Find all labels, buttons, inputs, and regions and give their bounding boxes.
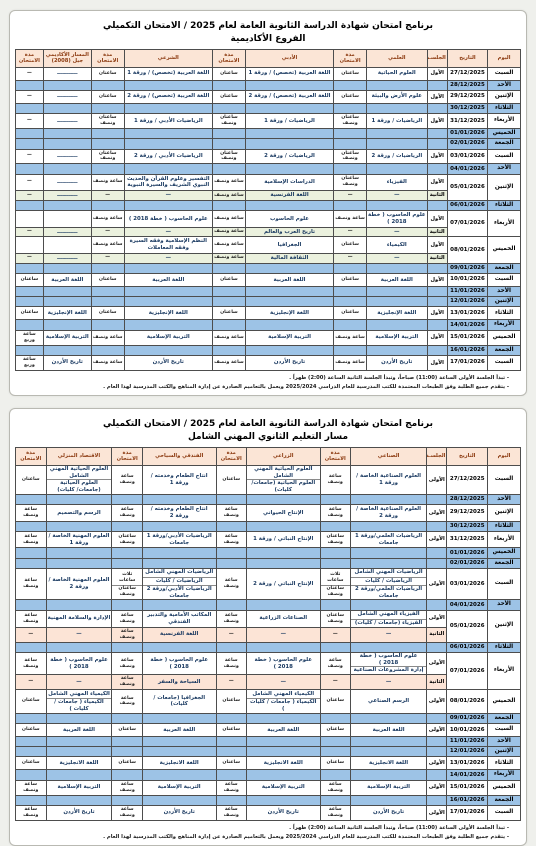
cell-subject: اللغة الإنجليزية <box>43 307 91 320</box>
column-header: اليوم <box>488 49 521 67</box>
page-title: برنامج امتحان شهادة الدراسة الثانوية الع… <box>15 418 521 431</box>
cell-duration: ساعة ونصف <box>16 652 47 675</box>
cell-empty <box>245 103 333 113</box>
column-header: مدة الامتحان <box>334 49 367 67</box>
cell-duration: ساعة ونصف <box>16 505 47 522</box>
cell-session: الثانية <box>427 253 447 263</box>
cell-empty <box>245 200 333 210</box>
cell-empty <box>16 600 47 610</box>
cell-empty <box>16 548 47 558</box>
cell-session: الأولى <box>427 465 447 494</box>
cell-duration: — <box>320 627 350 642</box>
second-session-row: الثانية——الثقافة الماليةساعة ونصف——ـــــ… <box>16 253 521 263</box>
cell-duration: ثلاث ساعاتساعتان ونصف <box>320 568 350 600</box>
cell-empty <box>91 263 124 273</box>
cell-subject: الرياضيات / ورقة 1 <box>245 114 333 129</box>
cell-empty <box>334 80 367 90</box>
cell-empty <box>16 558 47 568</box>
cell-empty <box>124 320 212 330</box>
cell-subject <box>43 237 91 254</box>
cell-empty <box>43 345 91 355</box>
cell-empty <box>216 558 246 568</box>
cell-session: الأول <box>427 174 447 191</box>
cell-date: 15/01/2026 <box>447 780 488 795</box>
cell-duration: — <box>16 90 44 103</box>
cell-empty <box>245 129 333 139</box>
cell-empty <box>46 642 112 652</box>
cell-empty <box>112 747 142 757</box>
column-header: مدة الامتحان <box>112 447 142 465</box>
cell-duration: ساعة ونصف <box>216 531 246 548</box>
cell-empty <box>213 129 246 139</box>
cell-empty <box>320 713 350 723</box>
cell-date: 12/01/2026 <box>447 297 487 307</box>
cell-session <box>427 129 447 139</box>
column-header: التاريخ <box>447 447 488 465</box>
cell-session: الأولى <box>427 757 447 770</box>
cell-subject: العلوم المهنية الخاصة / ورقة 1 <box>46 531 112 548</box>
cell-session: الأول <box>427 330 447 345</box>
exam-row: الأربعاء07/01/2026الأولىعلوم الحاسوب ( خ… <box>16 652 521 675</box>
cell-subject: العلوم الحياتية المهني الشاملالعلوم الحي… <box>246 465 320 494</box>
cell-session: الثانية <box>427 675 447 690</box>
cell-empty <box>142 521 216 531</box>
cell-duration: ساعتان <box>334 90 367 103</box>
cell-duration: — <box>334 191 367 201</box>
cell-empty <box>213 320 246 330</box>
cell-duration: ساعة ونصف <box>213 227 246 237</box>
cell-duration: — <box>16 227 44 237</box>
cell-empty <box>16 713 47 723</box>
column-header: مدة الامتحان <box>213 49 246 67</box>
cell-duration: ساعتان <box>320 690 350 714</box>
cell-subject: ـــــــــــ <box>43 114 91 129</box>
cell-day: الجمعة <box>488 345 521 355</box>
cell-duration: ساعتان ونصف <box>213 114 246 129</box>
section-subtitle: الفروع الأكاديمية <box>15 34 521 44</box>
cell-subject: ـــــــــــ <box>43 253 91 263</box>
cell-subject: التفسير وعلوم القرآن والحديث النبوي الشر… <box>124 174 212 191</box>
cell-day: الثلاثاء <box>488 200 521 210</box>
cell-empty <box>43 103 91 113</box>
cell-empty <box>320 736 350 746</box>
cell-day: الإثنين <box>488 747 521 757</box>
cell-subject: — <box>124 253 212 263</box>
cell-subject: التربية الإسلامية <box>124 330 212 345</box>
cell-duration: ساعة ونصف <box>320 780 350 795</box>
cell-empty <box>43 297 91 307</box>
cell-subject: المكاتب الأمامية والتدبير الفندقي <box>142 610 216 627</box>
cell-empty <box>142 736 216 746</box>
cell-empty <box>46 713 112 723</box>
cell-date: 04/01/2026 <box>447 600 488 610</box>
cell-duration: ساعة ونصف <box>91 330 124 345</box>
cell-subject: علوم الأرض والبيئة <box>367 90 428 103</box>
cell-date: 17/01/2026 <box>447 805 488 820</box>
cell-duration: ساعة ونصف <box>213 355 246 370</box>
cell-date: 07/01/2026 <box>447 652 488 689</box>
cell-empty <box>43 129 91 139</box>
cell-duration: — <box>16 149 44 164</box>
cell-empty <box>91 103 124 113</box>
cell-duration: ساعة ونصف <box>320 465 350 494</box>
page-title: برنامج امتحان شهادة الدراسة الثانوية الع… <box>15 20 521 33</box>
exam-row: السبت10/01/2026الأولاللغة العربيةساعتانا… <box>16 273 521 286</box>
cell-date: 27/12/2025 <box>447 67 487 80</box>
cell-empty <box>351 747 427 757</box>
cell-empty <box>124 164 212 174</box>
weekend-row: الأحد04/01/2026 <box>16 600 521 610</box>
cell-duration: — <box>320 675 350 690</box>
cell-empty <box>320 521 350 531</box>
cell-empty <box>91 80 124 90</box>
cell-empty <box>216 747 246 757</box>
cell-subject: الرياضيات / ورقة 2 <box>367 149 428 164</box>
cell-session <box>427 200 447 210</box>
cell-empty <box>16 736 47 746</box>
cell-date: 05/01/2026 <box>447 610 488 642</box>
cell-date: 29/12/2025 <box>447 505 488 522</box>
cell-empty <box>245 263 333 273</box>
cell-empty <box>367 129 428 139</box>
cell-empty <box>142 747 216 757</box>
cell-day: الجمعة <box>488 558 521 568</box>
cell-empty <box>43 320 91 330</box>
cell-subject: الرسم الصناعي <box>351 690 427 714</box>
cell-subject: اللغة الانجليزية <box>351 757 427 770</box>
cell-empty <box>213 200 246 210</box>
weekend-row: الخميس01/01/2026 <box>16 129 521 139</box>
cell-duration: ساعة ونصف <box>16 531 47 548</box>
cell-empty <box>320 494 350 504</box>
exam-row: الأربعاء07/01/2026الأولعلوم الحاسوب ( خط… <box>16 211 521 228</box>
cell-duration: ساعتان ونصف <box>334 149 367 164</box>
exam-row: السبت03/01/2026الأولالرياضيات / ورقة 2سا… <box>16 149 521 164</box>
cell-duration: ساعتان ونصف <box>320 610 350 627</box>
cell-duration: ساعتان ونصف <box>91 114 124 129</box>
cell-date: 06/01/2026 <box>447 642 488 652</box>
cell-empty <box>213 139 246 149</box>
cell-duration: ساعة ونصف <box>112 627 142 642</box>
exam-row: الأربعاء31/12/2025الأولالرياضيات / ورقة … <box>16 114 521 129</box>
cell-empty <box>351 713 427 723</box>
cell-session: الأولى <box>427 805 447 820</box>
vocational-exam-table-holder: اليومالتاريخالجلسـةالصناعيمدة الامتحانال… <box>15 447 521 821</box>
cell-subject: انتاج الطعام وخدمته / ورقة 1 <box>142 465 216 494</box>
cell-empty <box>16 263 44 273</box>
cell-date: 17/01/2026 <box>447 355 487 370</box>
cell-empty <box>46 494 112 504</box>
cell-day: الأربعاء <box>488 211 521 237</box>
cell-date: 16/01/2026 <box>447 345 487 355</box>
cell-empty <box>142 713 216 723</box>
cell-subject: — <box>46 675 112 690</box>
cell-duration: ساعة ونصف <box>16 568 47 600</box>
cell-duration: ساعة ونصف <box>216 568 246 600</box>
column-header: الفندقي والسياحي <box>142 447 216 465</box>
cell-subject: الفيزياء <box>367 174 428 191</box>
exam-row: الخميس08/01/2026الأولالكيمياءساعتانالجغر… <box>16 237 521 254</box>
cell-empty <box>16 770 47 780</box>
exam-row: الثلاثاء13/01/2026الأولىاللغة الانجليزية… <box>16 757 521 770</box>
cell-duration: — <box>91 253 124 263</box>
cell-duration: ساعة ونصف <box>334 330 367 345</box>
cell-line: العلوم الحياتية (جامعات/ كليات) <box>47 479 112 494</box>
cell-duration: ساعتان ونصف <box>320 531 350 548</box>
cell-duration: ساعة ونصف <box>16 610 47 627</box>
cell-empty <box>367 286 428 296</box>
cell-empty <box>245 297 333 307</box>
cell-day: الخميس <box>488 237 521 263</box>
weekend-row: الجمعة16/01/2026 <box>16 795 521 805</box>
cell-subject: اللغة الإنجليزية <box>367 307 428 320</box>
cell-empty <box>91 297 124 307</box>
cell-duration: ساعتان <box>16 273 44 286</box>
cell-session <box>427 795 447 805</box>
cell-date: 03/01/2026 <box>447 149 487 164</box>
cell-empty <box>213 345 246 355</box>
cell-date: 13/01/2026 <box>447 757 488 770</box>
cell-empty <box>351 548 427 558</box>
column-header: العلمي <box>367 49 428 67</box>
cell-date: 03/01/2026 <box>447 568 488 600</box>
cell-date: 11/01/2026 <box>447 286 487 296</box>
cell-date: 28/12/2025 <box>447 494 488 504</box>
cell-empty <box>213 263 246 273</box>
cell-duration: ساعة وربع <box>16 330 44 345</box>
cell-subject: تاريخ الأردن <box>367 355 428 370</box>
cell-day: الثلاثاء <box>488 521 521 531</box>
cell-empty <box>16 80 44 90</box>
cell-session: الثانية <box>427 627 447 642</box>
cell-day: الخميس <box>488 330 521 345</box>
cell-date: 16/01/2026 <box>447 795 488 805</box>
cell-date: 27/12/2025 <box>447 465 488 494</box>
cell-duration: ساعتان ونصف <box>334 114 367 129</box>
cell-subject: الرياضيات المهني الشاملالرياضيات / كليات… <box>142 568 216 600</box>
cell-subject: ـــــــــــ <box>43 174 91 191</box>
weekend-row: الثلاثاء06/01/2026 <box>16 642 521 652</box>
cell-duration: ساعة ونصف <box>334 355 367 370</box>
weekend-row: الأحد04/01/2026 <box>16 164 521 174</box>
column-header: مدة الامتحان <box>216 447 246 465</box>
cell-session <box>427 139 447 149</box>
column-header: مدة الامتحان <box>16 447 47 465</box>
cell-subject: اللغة الانجليزية <box>46 757 112 770</box>
cell-subject: الكيمياء المهني الشاملالكيمياء ( جامعات … <box>46 690 112 714</box>
cell-duration: ساعتان <box>91 90 124 103</box>
cell-subject: تاريخ الأردن <box>245 355 333 370</box>
cell-duration: ساعة ونصف <box>213 211 246 228</box>
weekend-row: الجمعة09/01/2026 <box>16 713 521 723</box>
cell-session <box>427 320 447 330</box>
cell-subject: ـــــــــــ <box>43 191 91 201</box>
cell-empty <box>367 320 428 330</box>
cell-duration: ساعة ونصف <box>213 237 246 254</box>
cell-empty <box>16 521 47 531</box>
cell-line: العلوم الحياتية المهني الشامل <box>247 466 320 480</box>
cell-session: الثانية <box>427 191 447 201</box>
cell-day: الأربعاء <box>488 320 521 330</box>
column-header: الشرعي <box>124 49 212 67</box>
cell-duration: ساعة ونصف <box>320 805 350 820</box>
cell-duration: — <box>216 675 246 690</box>
cell-subject: الرسم والتصميم <box>46 505 112 522</box>
cell-empty <box>334 139 367 149</box>
cell-subject: اللغة العربية <box>245 273 333 286</box>
cell-session: الأول <box>427 211 447 228</box>
cell-empty <box>213 80 246 90</box>
cell-subject: الصناعات الزراعية <box>246 610 320 627</box>
cell-line: ثلاث ساعات <box>112 570 141 585</box>
cell-session <box>427 164 447 174</box>
cell-subject: الثقافة المالية <box>245 253 333 263</box>
vocational-exam-table: اليومالتاريخالجلسـةالصناعيمدة الامتحانال… <box>15 447 521 821</box>
cell-subject: التربية الإسلامية <box>43 330 91 345</box>
cell-subject: العلوم المهنية الخاصة / ورقة 2 <box>46 568 112 600</box>
cell-line: علوم الحاسوب ( خطة 2018 ) <box>351 653 426 667</box>
cell-day: الثلاثاء <box>488 307 521 320</box>
exam-row: السبت27/12/2025الأولالعلوم الحياتيةساعتا… <box>16 67 521 80</box>
cell-empty <box>245 286 333 296</box>
cell-empty <box>124 129 212 139</box>
cell-duration: ساعة ونصف <box>16 780 47 795</box>
cell-subject: العلوم الحياتية <box>367 67 428 80</box>
cell-empty <box>245 80 333 90</box>
cell-duration: ساعة ونصف <box>213 253 246 263</box>
cell-empty <box>367 263 428 273</box>
cell-date: 07/01/2026 <box>447 211 487 237</box>
cell-duration: — <box>91 227 124 237</box>
cell-duration: ساعتان <box>112 757 142 770</box>
cell-day: الخميس <box>488 780 521 795</box>
cell-empty <box>43 263 91 273</box>
cell-date: 09/01/2026 <box>447 263 487 273</box>
cell-line: الكيمياء المهني الشامل <box>247 690 320 698</box>
cell-empty <box>367 139 428 149</box>
cell-session <box>427 263 447 273</box>
cell-subject: — <box>351 627 427 642</box>
cell-duration: ساعتان ونصف <box>334 174 367 191</box>
cell-subject: اللغة الإنجليزية <box>245 307 333 320</box>
cell-subject: الفيزياء المهني الشاملالفيزياء (جامعات /… <box>351 610 427 627</box>
cell-duration: ساعتان <box>334 307 367 320</box>
cell-empty <box>334 286 367 296</box>
cell-duration: ساعة ونصف <box>91 355 124 370</box>
cell-duration: ساعتان ونصف <box>213 149 246 164</box>
cell-date: 09/01/2026 <box>447 713 488 723</box>
cell-empty <box>91 200 124 210</box>
cell-subject: تاريخ الأردن <box>43 355 91 370</box>
cell-duration: ساعتان <box>16 723 47 736</box>
cell-date: 01/01/2026 <box>447 129 487 139</box>
weekend-row: الأحد28/12/2025 <box>16 80 521 90</box>
cell-session <box>427 713 447 723</box>
cell-empty <box>112 521 142 531</box>
cell-empty <box>213 103 246 113</box>
cell-empty <box>320 558 350 568</box>
cell-empty <box>46 521 112 531</box>
cell-empty <box>16 494 47 504</box>
cell-empty <box>245 320 333 330</box>
cell-subject: الجغرافيا <box>245 237 333 254</box>
cell-duration: ساعة ونصف <box>213 330 246 345</box>
cell-empty <box>142 548 216 558</box>
cell-date: 13/01/2026 <box>447 307 487 320</box>
footnotes: - تبدأ الجلسة الأولى الساعة (11:00) صباح… <box>15 375 521 391</box>
cell-duration: ساعتان <box>334 67 367 80</box>
cell-session: الأول <box>427 307 447 320</box>
cell-day: الخميس <box>488 129 521 139</box>
cell-duration: ساعتان <box>213 307 246 320</box>
cell-subject: التربية الإسلامية <box>367 330 428 345</box>
cell-subject: — <box>367 191 428 201</box>
cell-date: 10/01/2026 <box>447 723 488 736</box>
cell-empty <box>91 139 124 149</box>
cell-session <box>427 103 447 113</box>
cell-subject <box>43 211 91 228</box>
cell-date: 14/01/2026 <box>447 320 487 330</box>
cell-session: الأول <box>427 114 447 129</box>
cell-subject: الدراسات الإسلامية <box>245 174 333 191</box>
footnote-editions: - يتقدم جميع الطلبة وفق الطبعات المعتمدة… <box>15 384 509 391</box>
exam-row: الإثنين29/12/2025الأولعلوم الأرض والبيئة… <box>16 90 521 103</box>
cell-empty <box>334 345 367 355</box>
cell-date: 04/01/2026 <box>447 164 487 174</box>
cell-session: الأول <box>427 273 447 286</box>
cell-session <box>427 642 447 652</box>
cell-duration: ساعة ونصف <box>334 211 367 228</box>
cell-empty <box>91 320 124 330</box>
cell-empty <box>351 521 427 531</box>
cell-empty <box>216 736 246 746</box>
weekend-row: الأربعاء14/01/2026 <box>16 320 521 330</box>
cell-duration: ساعتان <box>334 237 367 254</box>
exam-row: الخميس08/01/2026الأولىالرسم الصناعيساعتا… <box>16 690 521 714</box>
cell-empty <box>351 642 427 652</box>
cell-subject: اللغة الانجليزية <box>246 757 320 770</box>
cell-duration: — <box>16 114 44 129</box>
cell-date: 15/01/2026 <box>447 330 487 345</box>
cell-date: 08/01/2026 <box>447 690 488 714</box>
cell-empty <box>46 770 112 780</box>
cell-empty <box>124 263 212 273</box>
cell-empty <box>367 345 428 355</box>
cell-empty <box>351 795 427 805</box>
cell-empty <box>124 200 212 210</box>
cell-empty <box>320 795 350 805</box>
cell-session <box>427 521 447 531</box>
cell-date: 29/12/2025 <box>447 90 487 103</box>
cell-empty <box>216 600 246 610</box>
exam-row: السبت17/01/2026الأولىتاريخ الأردنساعة ون… <box>16 805 521 820</box>
cell-day: الأحد <box>488 600 521 610</box>
cell-empty <box>112 558 142 568</box>
cell-subject: علوم الحاسوب ( خطة 2018 ) <box>124 211 212 228</box>
cell-date: 06/01/2026 <box>447 200 487 210</box>
cell-subject: — <box>246 675 320 690</box>
cell-empty <box>46 548 112 558</box>
cell-session: الأول <box>427 355 447 370</box>
cell-line: الفيزياء (جامعات / كليات) <box>351 619 426 627</box>
cell-duration: ساعة ونصف <box>112 505 142 522</box>
cell-duration: — <box>16 675 47 690</box>
cell-empty <box>142 558 216 568</box>
cell-duration: ساعة ونصف <box>112 780 142 795</box>
cell-subject: تاريخ الأردن <box>46 805 112 820</box>
cell-empty <box>245 164 333 174</box>
cell-empty <box>16 286 44 296</box>
